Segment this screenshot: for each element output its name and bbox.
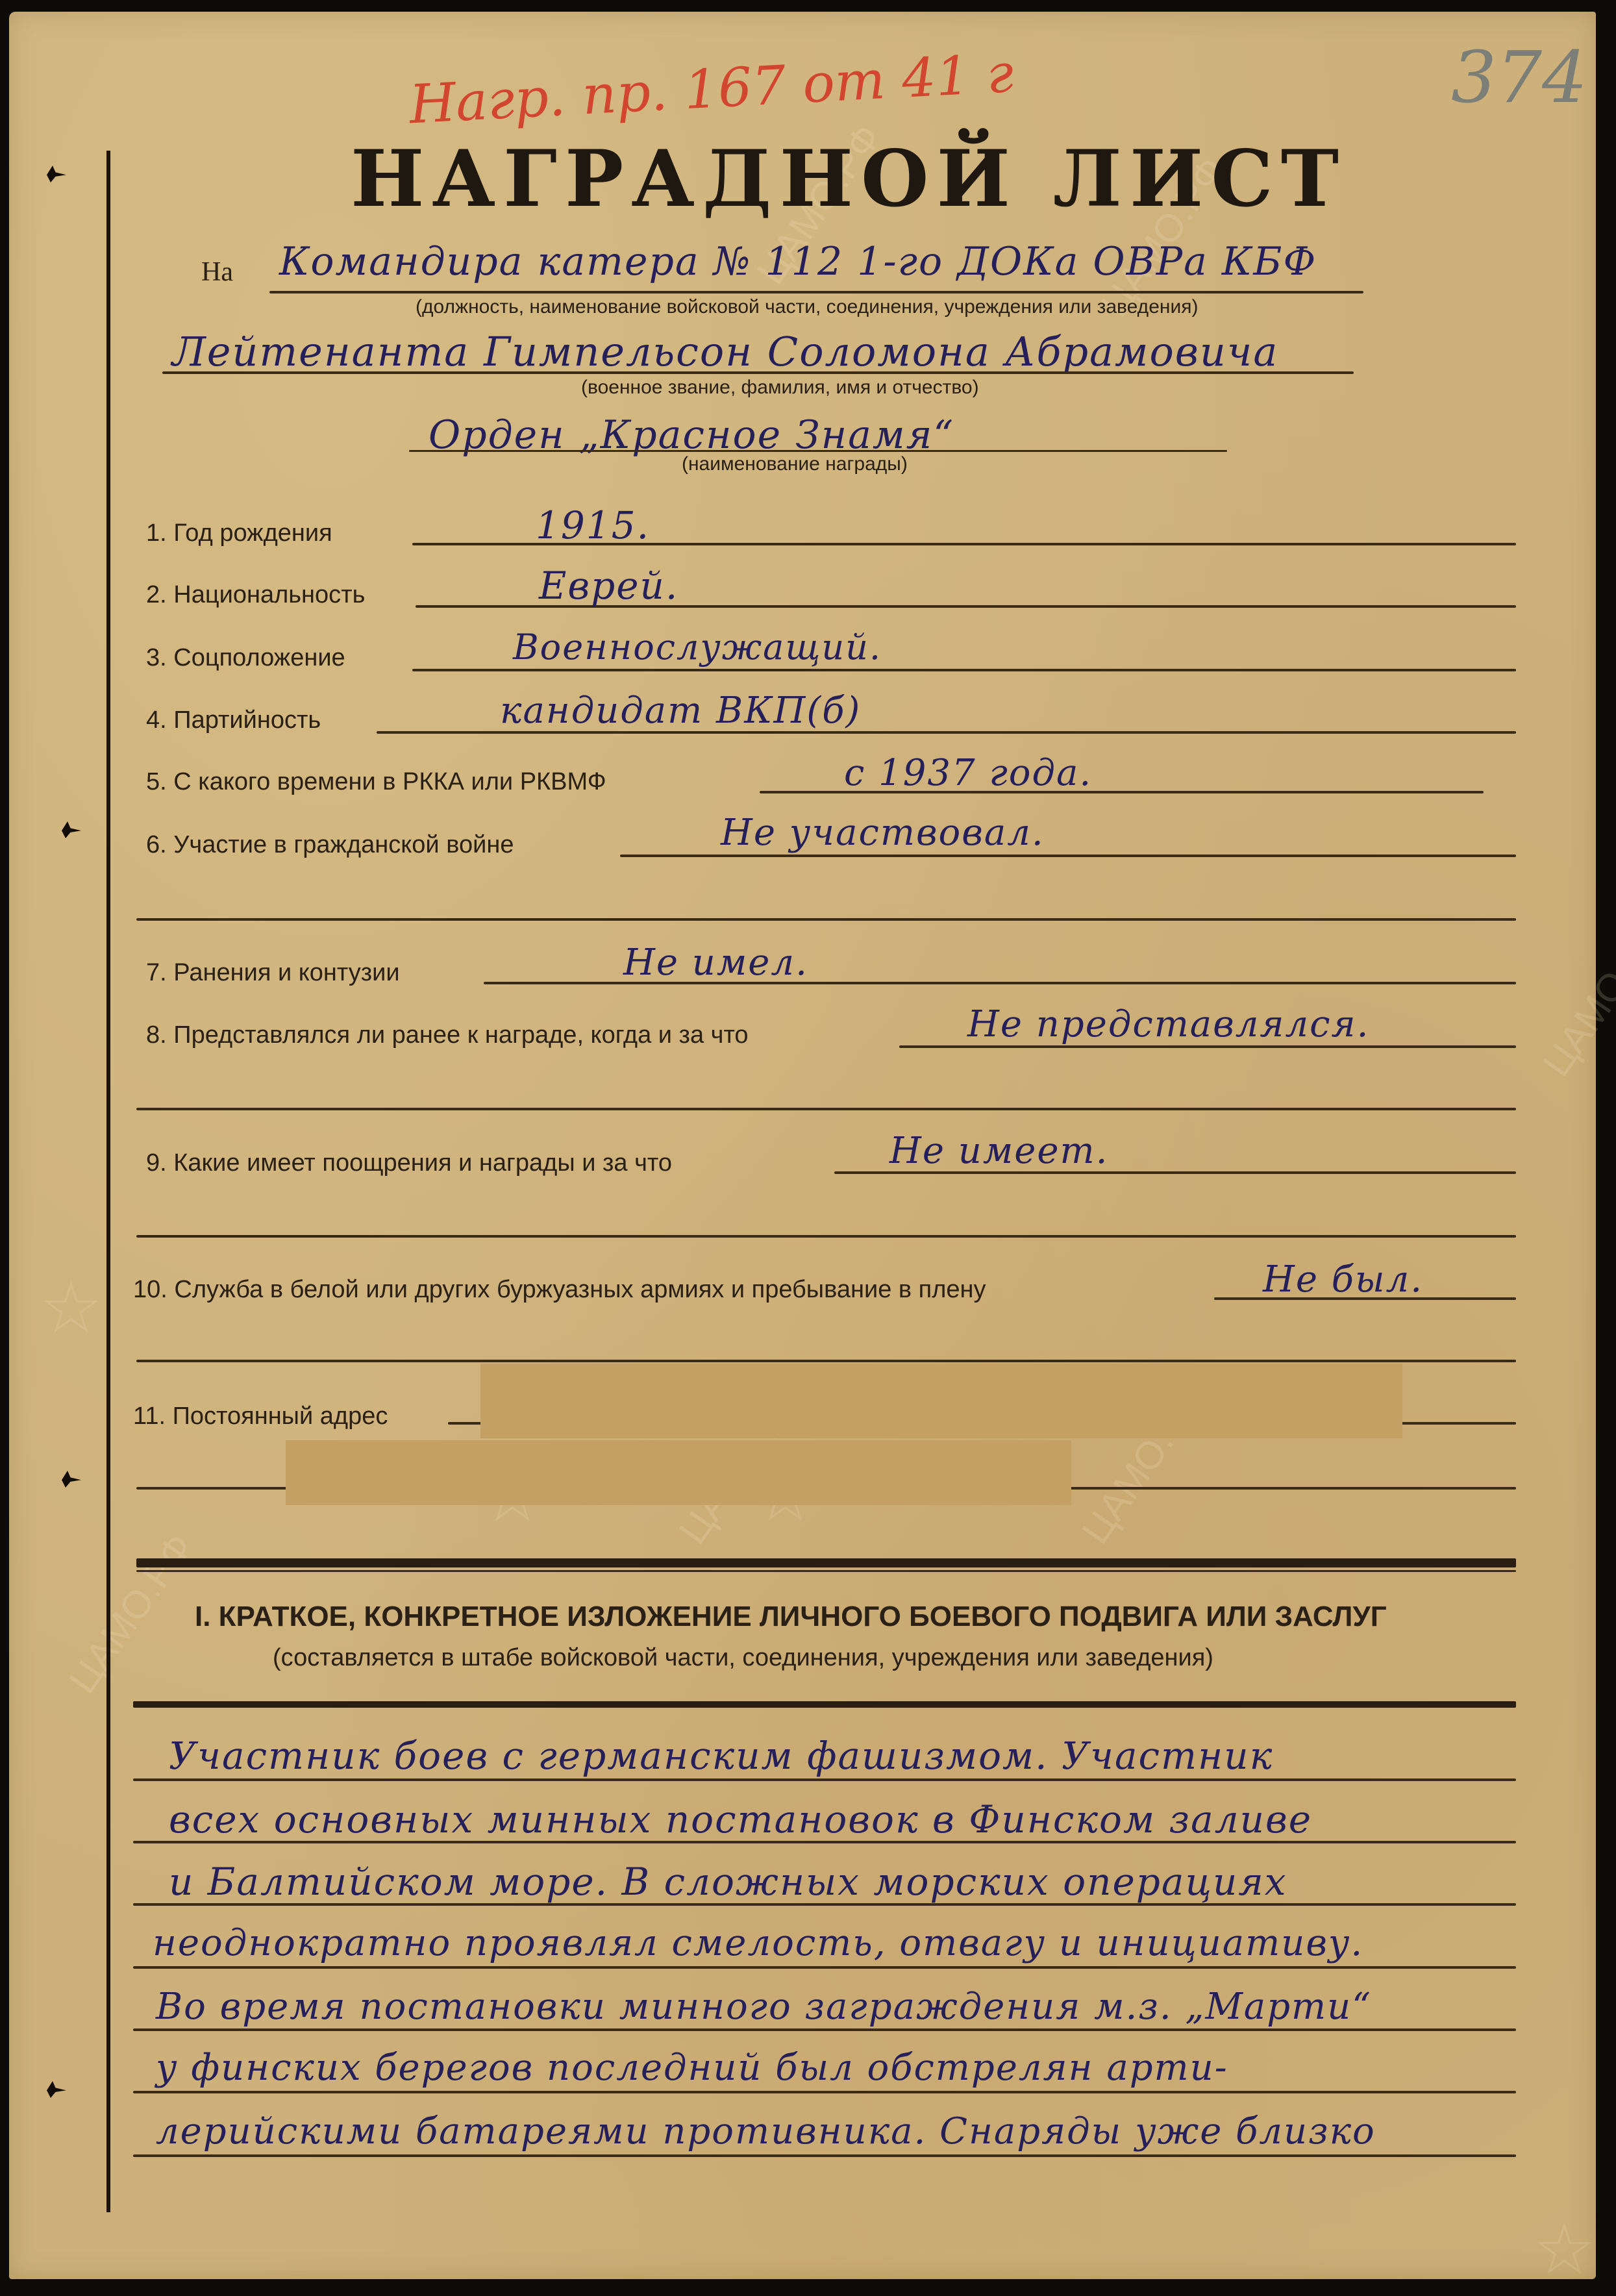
blank-line bbox=[136, 918, 1516, 921]
field-service-since-label: 5. С какого времени в РККА или РКВМФ bbox=[146, 768, 606, 796]
narrative-line-rule bbox=[133, 2028, 1516, 2031]
award-underline bbox=[409, 450, 1227, 452]
field-social-status-value: Военнослужащий. bbox=[513, 627, 882, 668]
field-birth-year-label: 1. Год рождения bbox=[146, 519, 332, 547]
star-watermark-icon: ☆ bbox=[39, 1266, 103, 1350]
narrative-line-rule bbox=[133, 2154, 1516, 2157]
field-underline bbox=[899, 1045, 1516, 1048]
name-value: Лейтенанта Гимпельсон Соломона Абрамович… bbox=[172, 328, 1278, 375]
field-social-status-label: 3. Соцположение bbox=[146, 644, 345, 672]
field-underline bbox=[412, 669, 1516, 671]
position-underline bbox=[269, 291, 1363, 293]
narrative-line: у финских берегов последний был обстреля… bbox=[156, 2047, 1228, 2089]
narrative-line-rule bbox=[133, 1966, 1516, 1969]
section-rule-bottom bbox=[133, 1701, 1516, 1708]
document-title: НАГРАДНОЙ ЛИСТ bbox=[351, 133, 1347, 225]
narrative-line: лерийскими батареями противника. Снаряды… bbox=[156, 2110, 1376, 2152]
field-address-label: 11. Постоянный адрес bbox=[133, 1403, 388, 1430]
field-civil-war-value: Не участвовал. bbox=[721, 812, 1045, 854]
field-civil-war-label: 6. Участие в гражданской войне bbox=[146, 831, 514, 859]
section-rule-top-thin bbox=[136, 1570, 1516, 1572]
header-prefix: На bbox=[201, 256, 233, 288]
field-party-value: кандидат ВКП(б) bbox=[500, 690, 861, 732]
page-number: 374 bbox=[1451, 36, 1587, 119]
redacted-address bbox=[286, 1440, 1071, 1505]
field-prior-nomination-value: Не представлялся. bbox=[967, 1003, 1369, 1045]
blank-line bbox=[136, 1360, 1516, 1362]
narrative-line: Участник боев с германским фашизмом. Уча… bbox=[169, 1734, 1273, 1778]
section-rule-top bbox=[136, 1558, 1516, 1567]
blank-line bbox=[136, 1235, 1516, 1238]
field-prior-nomination-label: 8. Представлялся ли ранее к награде, ког… bbox=[146, 1021, 749, 1049]
narrative-line: всех основных минных постановок в Финско… bbox=[169, 1797, 1312, 1841]
field-awards-label: 9. Какие имеет поощрения и награды и за … bbox=[146, 1149, 672, 1177]
binding-margin-line bbox=[106, 151, 110, 2212]
star-watermark-icon: ☆ bbox=[1532, 2208, 1597, 2291]
narrative-line: и Балтийском море. В сложных морских опе… bbox=[169, 1860, 1287, 1904]
narrative-line: Во время постановки минного заграждения … bbox=[156, 1986, 1372, 2028]
award-caption: (наименование награды) bbox=[682, 453, 908, 475]
field-service-since-value: с 1937 года. bbox=[844, 752, 1092, 794]
field-nationality-label: 2. Национальность bbox=[146, 581, 365, 609]
section-heading: I. КРАТКОЕ, КОНКРЕТНОЕ ИЗЛОЖЕНИЕ ЛИЧНОГО… bbox=[195, 1601, 1387, 1633]
name-caption: (военное звание, фамилия, имя и отчество… bbox=[581, 377, 979, 399]
field-awards-value: Не имеет. bbox=[889, 1130, 1108, 1172]
field-enemy-service-label: 10. Служба в белой или других буржуазных… bbox=[133, 1276, 986, 1304]
narrative-line-rule bbox=[133, 1778, 1516, 1781]
field-enemy-service-value: Не был. bbox=[1263, 1258, 1423, 1301]
field-birth-year-value: 1915. bbox=[536, 503, 650, 547]
field-wounds-label: 7. Ранения и контузии bbox=[146, 959, 400, 987]
field-party-label: 4. Партийность bbox=[146, 706, 321, 734]
position-value: Командира катера № 112 1-го ДОКа ОВРа КБ… bbox=[279, 239, 1317, 284]
narrative-line: неоднократно проявлял смелость, отвагу и… bbox=[153, 1922, 1363, 1964]
redacted-address bbox=[480, 1364, 1402, 1438]
name-underline bbox=[162, 371, 1354, 374]
section-subheading: (составляется в штабе войсковой части, с… bbox=[273, 1644, 1213, 1672]
field-wounds-value: Не имел. bbox=[623, 942, 808, 984]
narrative-line-rule bbox=[133, 2091, 1516, 2093]
field-nationality-value: Еврей. bbox=[539, 564, 678, 608]
blank-line bbox=[136, 1108, 1516, 1110]
position-caption: (должность, наименование войсковой части… bbox=[416, 296, 1198, 318]
field-underline bbox=[620, 855, 1516, 857]
